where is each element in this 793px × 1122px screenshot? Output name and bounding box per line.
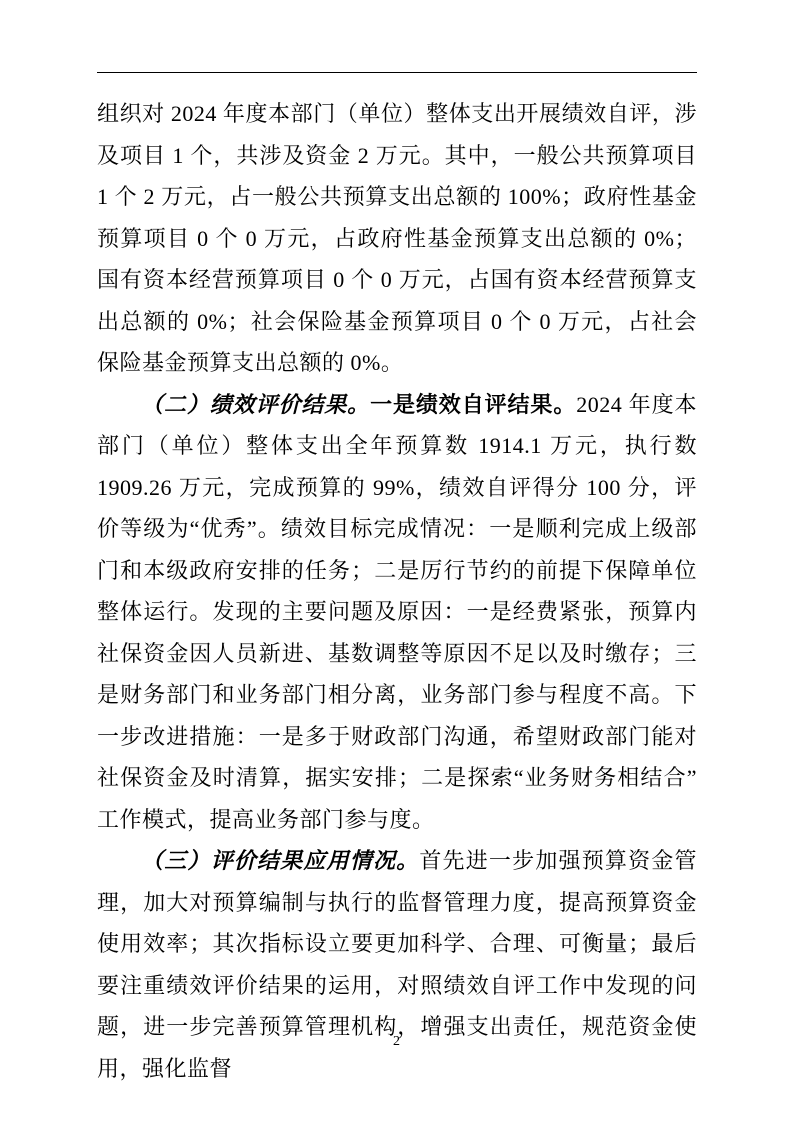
text-run: 组织对 2024 年度本部门（单位）整体支出开展绩效自评，涉及项目 1 个，共涉… — [97, 101, 697, 375]
para-section-2-results: （二）绩效评价结果。一是绩效自评结果。2024 年度本部门（单位）整体支出全年预… — [97, 384, 697, 841]
page-number: 2 — [393, 1034, 400, 1049]
text-run: （三）评价结果应用情况。 — [141, 848, 419, 873]
page-footer: 2 — [0, 1032, 793, 1052]
text-run: 一是绩效自评结果。 — [370, 392, 576, 417]
document-page: 组织对 2024 年度本部门（单位）整体支出开展绩效自评，涉及项目 1 个，共涉… — [0, 0, 793, 1122]
para-selfeval-summary: 组织对 2024 年度本部门（单位）整体支出开展绩效自评，涉及项目 1 个，共涉… — [97, 93, 697, 384]
document-body: 组织对 2024 年度本部门（单位）整体支出开展绩效自评，涉及项目 1 个，共涉… — [97, 93, 697, 1089]
text-run: 2024 年度本部门（单位）整体支出全年预算数 1914.1 万元，执行数 19… — [97, 392, 697, 832]
text-run: （二）绩效评价结果。 — [141, 392, 370, 417]
header-rule — [97, 72, 697, 73]
